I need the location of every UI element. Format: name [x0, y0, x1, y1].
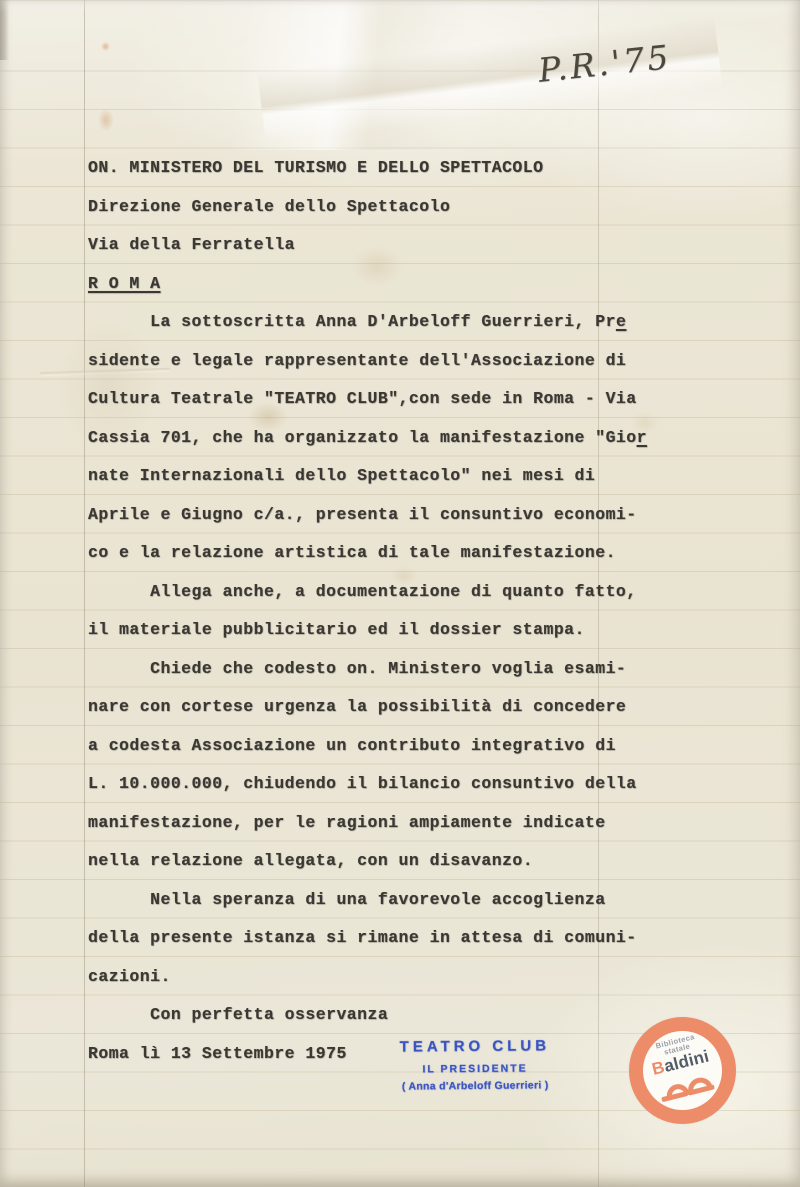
teatro-club-stamp: TEATRO CLUB IL PRESIDENTE ( Anna d'Arbel… — [382, 1037, 568, 1093]
typed-line: R O M A — [88, 273, 748, 312]
typed-underlined-text: R O M A — [88, 274, 160, 293]
typed-text: ON. MINISTERO DEL TURISMO E DELLO SPETTA… — [88, 158, 543, 177]
typed-line: a codesta Associazione un contributo int… — [88, 735, 748, 774]
typed-line: Chiede che codesto on. Ministero voglia … — [88, 658, 748, 697]
library-stamp-baldini: Biblioteca statale Baldini — [629, 1017, 736, 1124]
scanned-letter-page: P.R.'75 ON. MINISTERO DEL TURISMO E DELL… — [0, 0, 800, 1187]
typed-text: manifestazione, per le ragioni ampiament… — [88, 813, 606, 832]
typed-text: nare con cortese urgenza la possibilità … — [88, 697, 626, 716]
typed-line: Allega anche, a documentazione di quanto… — [88, 581, 748, 620]
typed-line: cazioni. — [88, 966, 748, 1005]
typed-text: Aprile e Giugno c/a., presenta il consun… — [88, 505, 637, 524]
stamp-president-name: ( Anna d'Arbeloff Guerrieri ) — [382, 1079, 568, 1093]
typed-text: Chiede che codesto on. Ministero voglia … — [88, 659, 626, 678]
typed-line: Cultura Teatrale "TEATRO CLUB",con sede … — [88, 388, 748, 427]
typed-letter-body: ON. MINISTERO DEL TURISMO E DELLO SPETTA… — [88, 157, 748, 1081]
typed-text: della presente istanza si rimane in atte… — [88, 928, 637, 947]
typed-text: Nella speranza di una favorevole accogli… — [88, 890, 606, 909]
typed-text: Via della Ferratella — [88, 235, 295, 254]
typed-line: Nella speranza di una favorevole accogli… — [88, 889, 748, 928]
typed-text: sidente e legale rappresentante dell'Ass… — [88, 351, 626, 370]
typed-text: Allega anche, a documentazione di quanto… — [88, 582, 637, 601]
typed-line: nella relazione allegata, con un disavan… — [88, 850, 748, 889]
typed-line: co e la relazione artistica di tale mani… — [88, 542, 748, 581]
typed-text: cazioni. — [88, 967, 171, 986]
typed-underlined-text: e — [616, 312, 626, 331]
typed-text: nate Internazionali dello Spettacolo" ne… — [88, 466, 595, 485]
typed-text: Con perfetta osservanza — [88, 1005, 388, 1024]
typed-line: sidente e legale rappresentante dell'Ass… — [88, 350, 748, 389]
left-margin-line — [84, 0, 85, 1187]
typed-line: manifestazione, per le ragioni ampiament… — [88, 812, 748, 851]
typed-text: Roma lì 13 Settembre 1975 — [88, 1044, 347, 1063]
typed-line: il materiale pubblicitario ed il dossier… — [88, 619, 748, 658]
typed-line: Cassia 701, che ha organizzato la manife… — [88, 427, 748, 466]
typed-line: Direzione Generale dello Spettacolo — [88, 196, 748, 235]
stamp-org-name: TEATRO CLUB — [382, 1037, 568, 1056]
typed-text: a codesta Associazione un contributo int… — [88, 736, 616, 755]
typed-text: nella relazione allegata, con un disavan… — [88, 851, 533, 870]
typed-text: co e la relazione artistica di tale mani… — [88, 543, 616, 562]
typed-text: Cultura Teatrale "TEATRO CLUB",con sede … — [88, 389, 637, 408]
typed-text: Cassia 701, che ha organizzato la manife… — [88, 428, 637, 447]
typed-text: La sottoscritta Anna D'Arbeloff Guerrier… — [88, 312, 616, 331]
typed-line: della presente istanza si rimane in atte… — [88, 927, 748, 966]
typed-underlined-text: r — [637, 428, 647, 447]
library-stamp-content: Biblioteca statale Baldini — [647, 1030, 719, 1106]
typed-line: La sottoscritta Anna D'Arbeloff Guerrier… — [88, 311, 748, 350]
typed-text: L. 10.000.000, chiudendo il bilancio con… — [88, 774, 637, 793]
typed-text: il materiale pubblicitario ed il dossier… — [88, 620, 585, 639]
typed-line: Via della Ferratella — [88, 234, 748, 273]
typed-line: ON. MINISTERO DEL TURISMO E DELLO SPETTA… — [88, 157, 748, 196]
typed-text: Direzione Generale dello Spettacolo — [88, 197, 450, 216]
typed-line: nate Internazionali dello Spettacolo" ne… — [88, 465, 748, 504]
typed-line: nare con cortese urgenza la possibilità … — [88, 696, 748, 735]
typed-line: L. 10.000.000, chiudendo il bilancio con… — [88, 773, 748, 812]
stamp-role: IL PRESIDENTE — [382, 1062, 568, 1076]
typed-line: Aprile e Giugno c/a., presenta il consun… — [88, 504, 748, 543]
scan-edge-shadow — [0, 0, 9, 60]
